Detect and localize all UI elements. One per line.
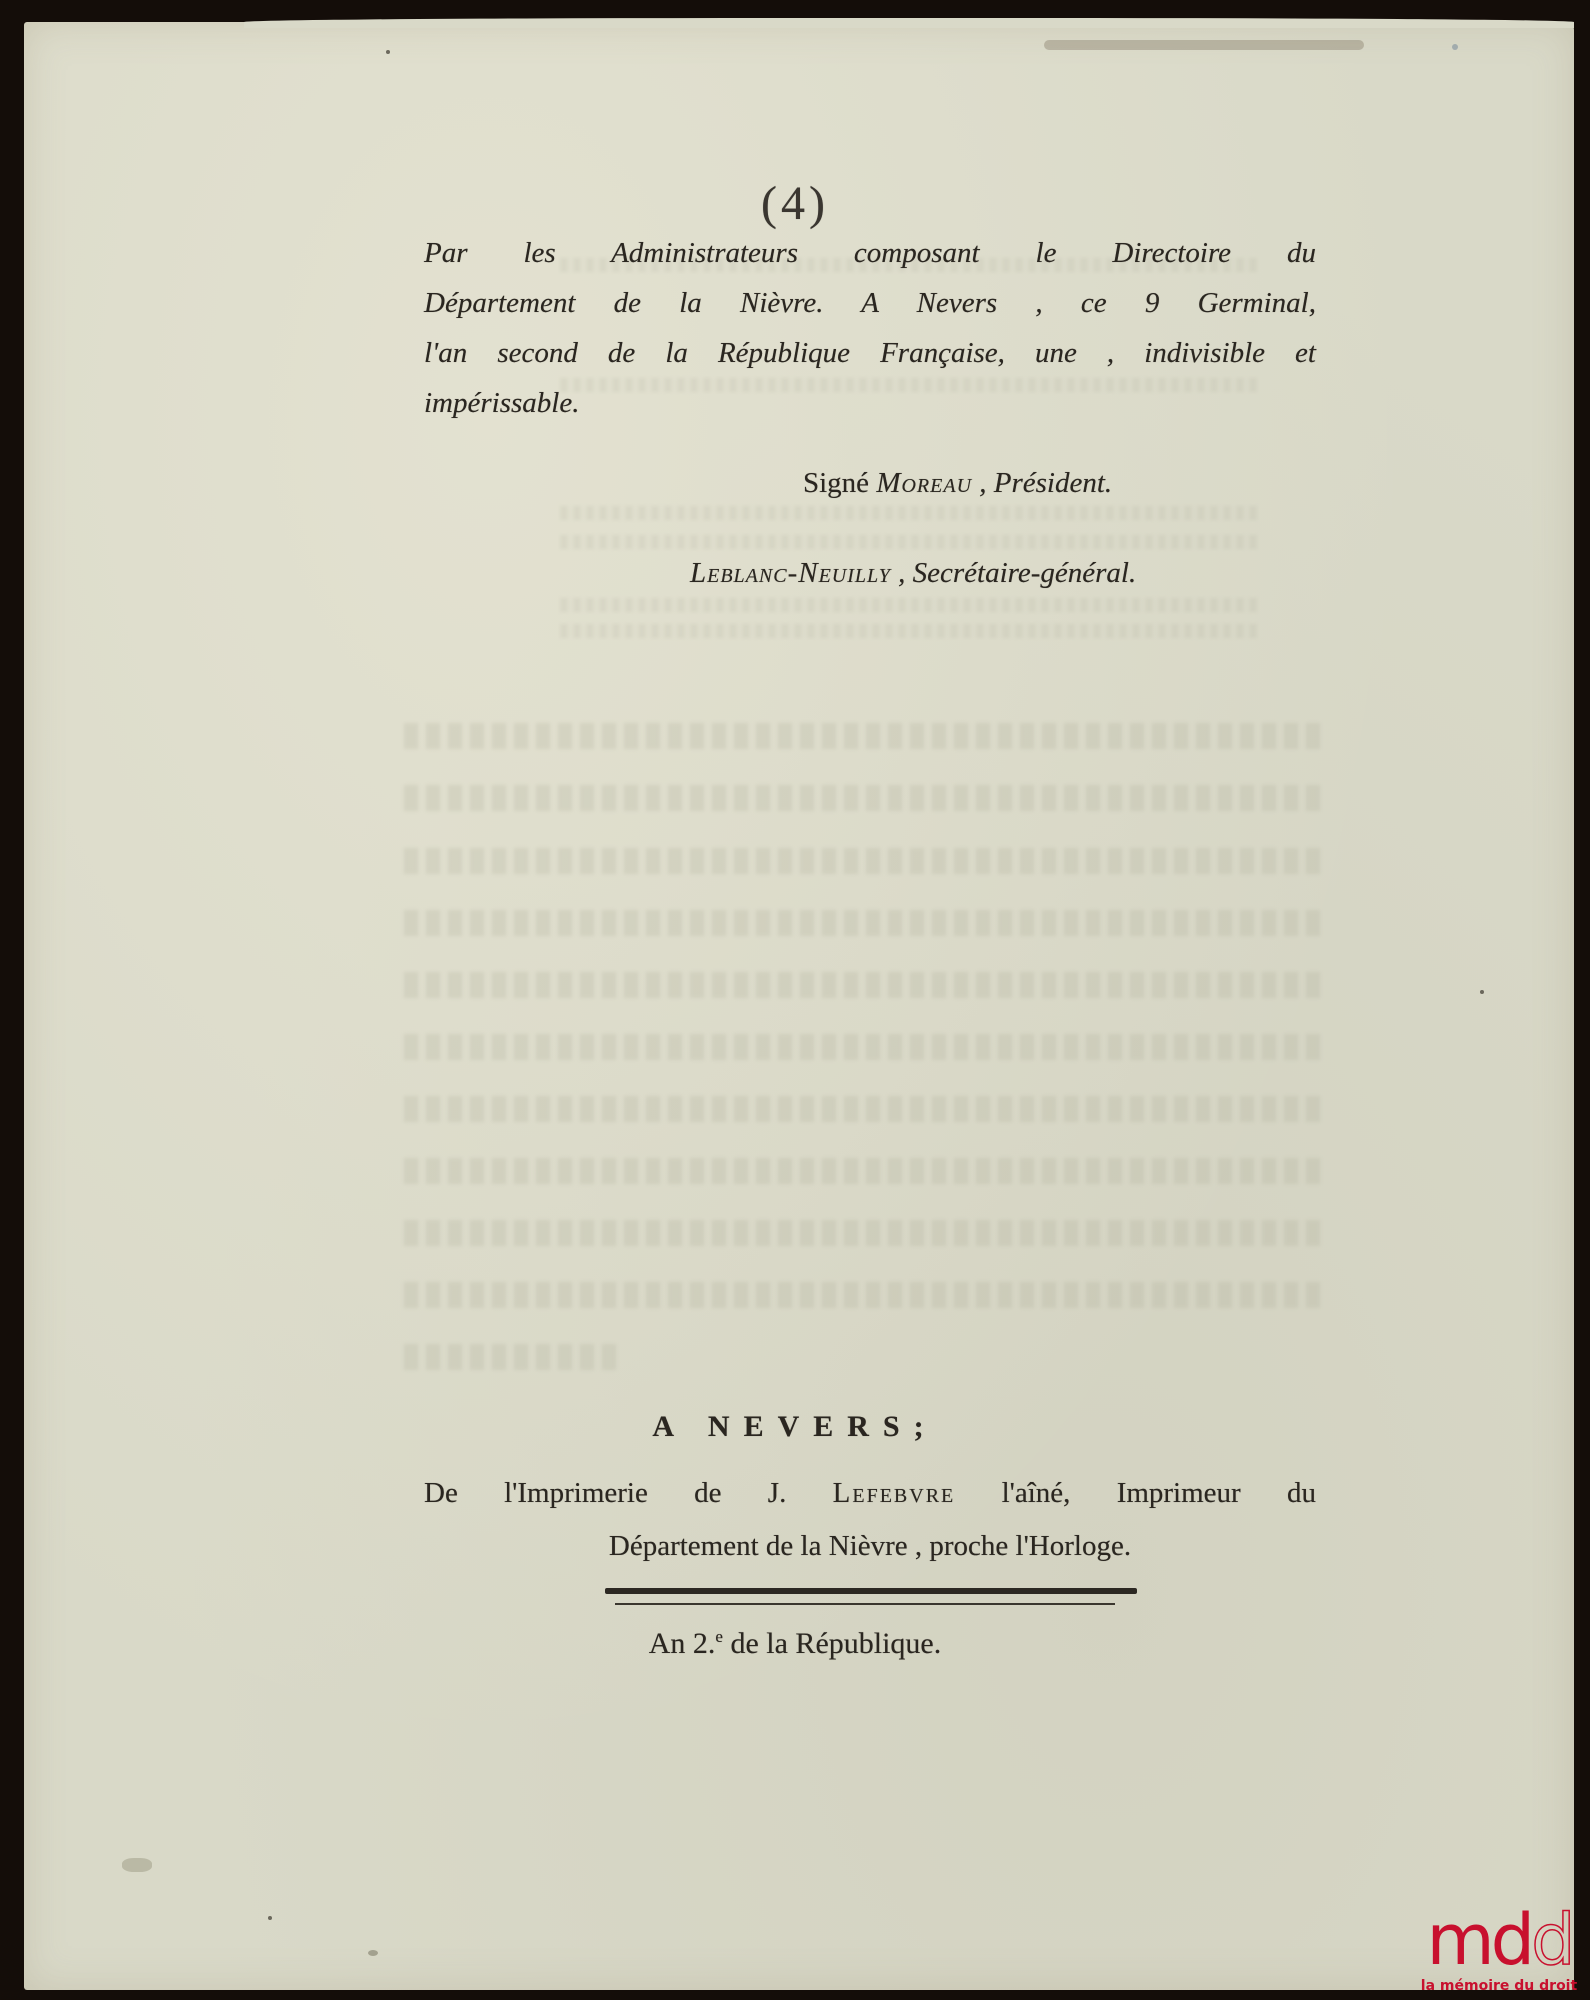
signature-president: Signé Moreau , Président. (803, 467, 1112, 500)
imprint-city: A NEVERS; (0, 1410, 1590, 1444)
bleed-through-text (404, 1282, 1324, 1308)
bleed-through-text (404, 972, 1324, 998)
scanned-page: (4) Par les Administrateurs composant le… (0, 0, 1590, 2000)
logo-tagline: la mémoire du droit (1414, 1978, 1584, 1994)
imprint-text: l'aîné, Imprimeur du (1002, 1477, 1316, 1509)
bleed-through-text (560, 535, 1260, 549)
year-prefix: An 2. (649, 1627, 716, 1660)
bleed-through-text (404, 1344, 624, 1370)
bleed-through-text (404, 848, 1324, 874)
decree-paragraph: Par les Administrateurs composant le Dir… (424, 228, 1316, 428)
page-number: (4) (0, 176, 1590, 231)
signature-prefix: Signé (803, 467, 869, 499)
logo-mark-outline: d (1531, 1899, 1571, 1981)
bleed-through-text (404, 1096, 1324, 1122)
bleed-through-text (404, 1220, 1324, 1246)
bleed-through-text (560, 506, 1260, 520)
bleed-through-text (560, 598, 1260, 612)
decree-line: impérissable. (424, 378, 1316, 428)
logo-mark: mdd (1414, 1904, 1584, 1976)
bleed-through-text (404, 723, 1324, 749)
imprint-address-line: Département de la Nièvre , proche l'Horl… (424, 1530, 1316, 1563)
paper-stain (122, 1858, 152, 1872)
imprint-printer-line: De l'Imprimerie de J. Lefebvre l'aîné, I… (424, 1477, 1316, 1510)
printer-name: Lefebvre (833, 1477, 956, 1509)
bleed-through-text (404, 1034, 1324, 1060)
bleed-through-text (404, 1158, 1324, 1184)
mdd-logo: mdd la mémoire du droit (1414, 1904, 1584, 1994)
paper-edge (244, 18, 1574, 28)
signatory-title: , Secrétaire-général. (898, 557, 1136, 589)
signatory-name: Leblanc-Neuilly (690, 557, 891, 589)
signatory-name: Moreau (876, 467, 972, 499)
decree-line: Département de la Nièvre. A Nevers , ce … (424, 278, 1316, 328)
paper-speck (368, 1950, 378, 1956)
paper-speck (1480, 990, 1484, 994)
bleed-through-text (560, 624, 1260, 638)
imprint-text: De l'Imprimerie de J. (424, 1477, 786, 1509)
decree-line: l'an second de la République Française, … (424, 328, 1316, 378)
paper-speck (386, 50, 390, 54)
divider-rule (605, 1588, 1137, 1594)
bleed-through-text (404, 910, 1324, 936)
signatory-title: , Président. (979, 467, 1112, 499)
year-suffix: de la République. (730, 1627, 941, 1660)
paper-speck (268, 1916, 272, 1920)
logo-mark-solid: md (1426, 1899, 1531, 1981)
signature-secretary: Leblanc-Neuilly , Secrétaire-général. (690, 557, 1136, 590)
year-superscript: e (715, 1627, 723, 1646)
paper-stain (1044, 40, 1364, 50)
divider-rule (615, 1603, 1115, 1605)
imprint-year: An 2.e de la République. (0, 1627, 1590, 1661)
paper-speck (1452, 44, 1458, 50)
bleed-through-text (404, 785, 1324, 811)
decree-line: Par les Administrateurs composant le Dir… (424, 228, 1316, 278)
